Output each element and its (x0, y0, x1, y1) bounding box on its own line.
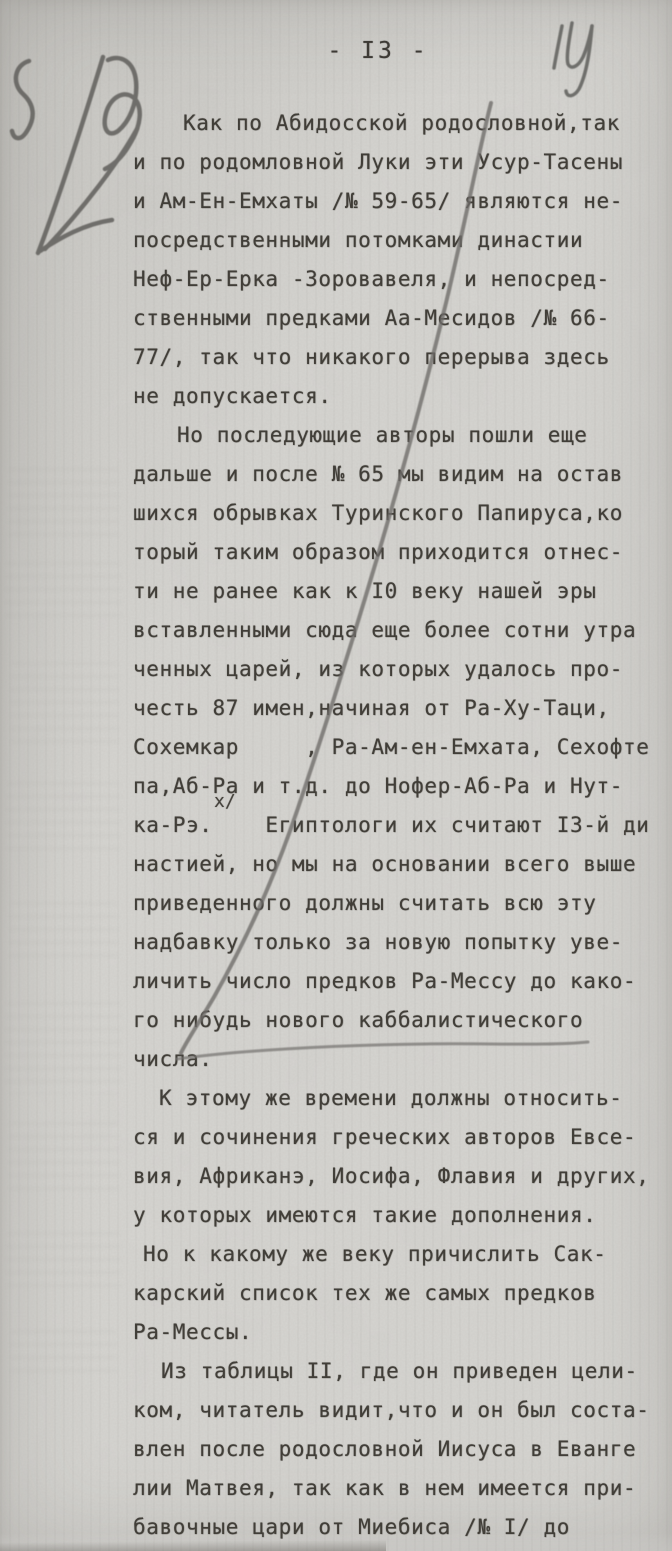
scanned-document-page: - I3 - Как по Абидосской родословной,так… (0, 0, 672, 1551)
text-line: Как по Абидосской родословной,так (133, 104, 661, 143)
text-line: Неф-Ер-Ерка -Зоровавеля, и непосред- (133, 260, 661, 299)
text-line: ся и сочинения греческих авторов Евсе- (133, 1118, 661, 1157)
text-line: ственными предками Аа-Месидов /№ 66- (133, 299, 661, 338)
text-line: вия, Африканэ, Иосифа, Флавия и других, (133, 1157, 661, 1196)
text-line: Но последующие авторы пошли еще (133, 416, 661, 455)
bleed-through-ghost (5, 562, 123, 624)
margin-scribble (12, 57, 140, 253)
text-line: влен после родословной Иисуса в Еванге (133, 1430, 661, 1469)
bleed-through-ghost (6, 782, 122, 852)
text-line: у которых имеются такие дополнения. (133, 1196, 661, 1235)
text-line: Из таблицы II, где он приведен цели- (133, 1352, 661, 1391)
text-line: го нибудь нового каббалистического (133, 1001, 661, 1040)
text-line: надбавку только за новую попытку уве- (133, 923, 661, 962)
text-line: числа. (133, 1040, 661, 1079)
bleed-through-ghost (10, 662, 120, 744)
text-line: лии Матвея, так как в нем имеется при- (133, 1469, 661, 1508)
paragraph: К этому же времени должны относить-ся и … (133, 1079, 661, 1235)
text-line: вставленными сюда еще более сотни утра (133, 611, 661, 650)
text-line: бавочные цари от Миебиса /№ I/ до (133, 1508, 661, 1547)
text-line: ка-Рэ. Египтологи их считают I3-й ди (133, 806, 661, 845)
text-line: дальше и после № 65 мы видим на остав (133, 455, 661, 494)
footnote-mark: х/ (214, 791, 236, 812)
paragraph: Из таблицы II, где он приведен цели-ком,… (133, 1352, 661, 1547)
text-line: настией, но мы на основании всего выше (133, 845, 661, 884)
text-line: ченных царей, из которых удалось про- (133, 650, 661, 689)
bleed-through-ghost (5, 1002, 123, 1094)
text-line: Сохемкар , Ра-Ам-ен-Емхата, Сехофте (133, 728, 661, 767)
text-block: Как по Абидосской родословной,таки по ро… (133, 104, 661, 1547)
text-line: и Ам-Ен-Емхаты /№ 59-65/ являются не- (133, 182, 661, 221)
text-line: К этому же времени должны относить- (133, 1079, 661, 1118)
text-line: карский список тех же самых предков (133, 1274, 661, 1313)
text-line: шихся обрывках Туринского Папируса,ко (133, 494, 661, 533)
page-number-header: - I3 - (42, 38, 672, 64)
paragraph: Как по Абидосской родословной,таки по ро… (133, 104, 661, 416)
text-line: честь 87 имен,начиная от Ра-Ху-Таци, (133, 689, 661, 728)
bleed-through-ghost (6, 1232, 122, 1292)
paragraph: Но к какому же веку причислить Сак-карск… (133, 1235, 661, 1352)
text-line: па,Аб-Ра и т.д. до Нофер-Аб-Ра и Нут- (133, 767, 661, 806)
text-line: Ра-Мессы. (133, 1313, 661, 1352)
bleed-through-ghost (8, 1122, 121, 1192)
text-line: ти не ранее как к I0 веку нашей эры (133, 572, 661, 611)
bleed-through-ghost (8, 468, 120, 540)
bleed-through-ghost (9, 902, 119, 964)
text-line: не допускается. (133, 377, 661, 416)
text-line: Но к какому же веку причислить Сак- (133, 1235, 661, 1274)
text-line: ком, читатель видит,что и он был соста- (133, 1391, 661, 1430)
text-line: личить число предков Ра-Мессу до како- (133, 962, 661, 1001)
text-line: посредственными потомками династии (133, 221, 661, 260)
text-line: торый таким образом приходится отнес- (133, 533, 661, 572)
text-line: приведенного должны считать всю эту (133, 884, 661, 923)
paragraph: Но последующие авторы пошли ещедальше и … (133, 416, 661, 1079)
text-line: 77/, так что никакого перерыва здесь (133, 338, 661, 377)
text-line: и по родомловной Луки эти Усур-Тасены (133, 143, 661, 182)
bleed-through-ghost (10, 1330, 118, 1382)
